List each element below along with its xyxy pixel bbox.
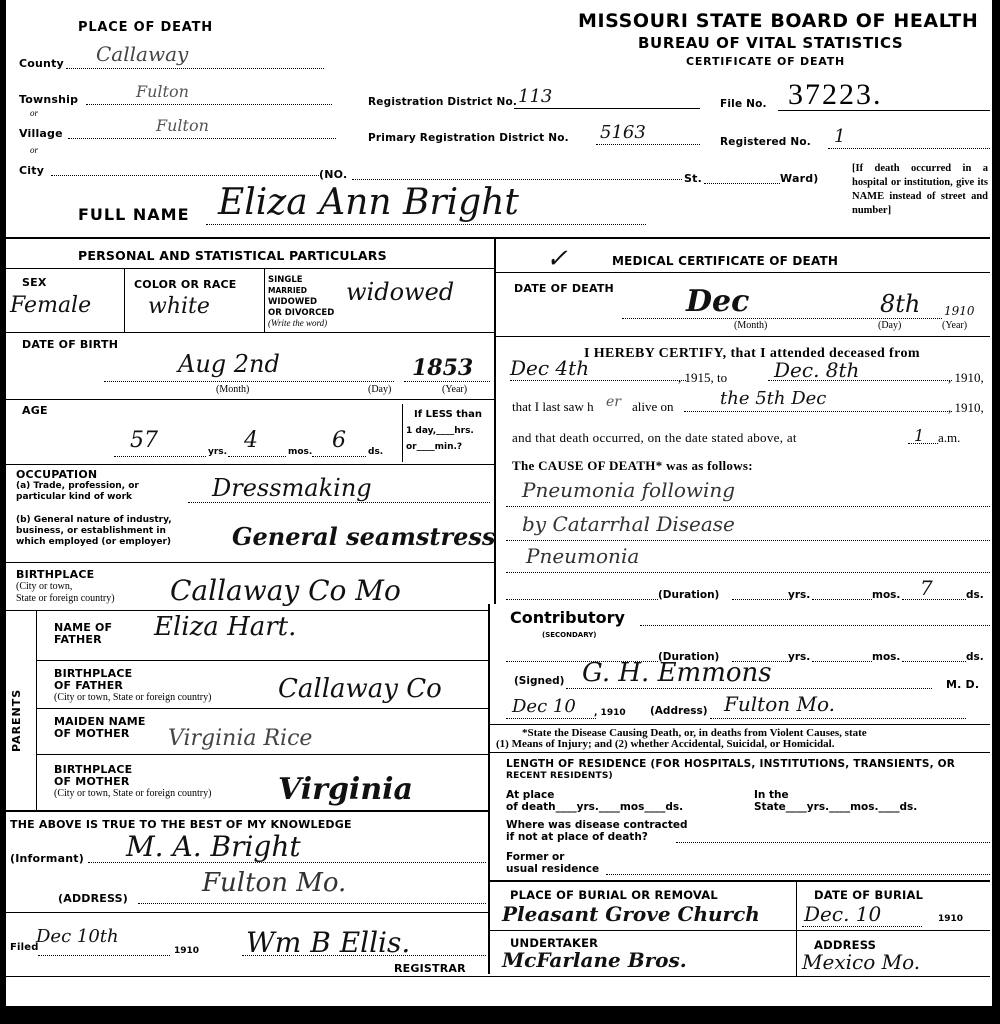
age-years-value: 57 — [130, 428, 158, 453]
physician-address-value: Fulton Mo. — [724, 692, 835, 716]
full-name-value: Eliza Ann Bright — [218, 182, 519, 223]
occupation-industry-value: General seamstress — [232, 522, 495, 551]
cause-line-2: by Catarrhal Disease — [522, 512, 735, 536]
birthplace-value: Callaway Co Mo — [170, 574, 401, 607]
medical-heading: MEDICAL CERTIFICATE OF DEATH — [612, 254, 838, 268]
race-value: white — [148, 294, 210, 319]
filed-date-value: Dec 10th — [36, 926, 119, 947]
dob-year-value: 1853 — [412, 355, 473, 381]
dob-month-value: Aug 2nd — [178, 350, 280, 378]
mother-birthplace-value: Virginia — [278, 772, 413, 807]
attended-to-value: Dec. 8th — [774, 358, 859, 382]
cause-line-1: Pneumonia following — [522, 478, 735, 502]
registered-number: 1 — [834, 126, 845, 147]
burial-date-value: Dec. 10 — [804, 902, 881, 926]
marital-status-value: widowed — [346, 278, 454, 306]
registrar-signature: Wm B Ellis. — [246, 926, 410, 959]
physician-signature: G. H. Emmons — [582, 658, 772, 688]
check-mark: ✓ — [546, 244, 568, 274]
county-value: Callaway — [96, 42, 188, 66]
registration-district-value: 113 — [518, 86, 552, 107]
dod-day-value: 8th — [880, 290, 920, 318]
informant-value: M. A. Bright — [126, 830, 301, 863]
undertaker-value: McFarlane Bros. — [502, 948, 687, 972]
full-name-label: FULL NAME — [78, 205, 190, 224]
dod-year-value: 1910 — [944, 304, 975, 318]
dod-month-value: Dec — [686, 284, 749, 319]
place-of-death-heading: PLACE OF DEATH — [78, 20, 213, 35]
death-certificate: PLACE OF DEATH County Callaway Township … — [4, 0, 992, 1006]
age-months-value: 4 — [244, 428, 258, 453]
signed-date-value: Dec 10 — [512, 696, 576, 717]
personal-heading: PERSONAL AND STATISTICAL PARTICULARS — [78, 248, 387, 263]
death-time-value: 1 — [914, 426, 924, 445]
age-days-value: 6 — [332, 428, 346, 453]
father-name-value: Eliza Hart. — [154, 612, 296, 642]
hospital-note: [If death occurred in a hospital or inst… — [852, 162, 988, 218]
board-title: MISSOURI STATE BOARD OF HEALTH — [578, 10, 978, 32]
county-label: County — [19, 57, 64, 70]
father-birthplace-value: Callaway Co — [278, 674, 442, 704]
township-value: Fulton — [136, 82, 189, 101]
cause-duration-days: 7 — [920, 576, 933, 600]
primary-district-value: 5163 — [600, 122, 646, 143]
filed-year: 1910 — [174, 946, 199, 956]
village-value: Fulton — [156, 116, 209, 135]
sex-value: Female — [10, 293, 91, 318]
undertaker-address-value: Mexico Mo. — [802, 950, 920, 974]
burial-place-value: Pleasant Grove Church — [502, 902, 760, 926]
township-label: Township — [19, 93, 78, 106]
village-label: Village — [19, 127, 63, 140]
file-number: 37223. — [788, 78, 883, 112]
last-saw-alive-value: the 5th Dec — [720, 388, 826, 409]
informant-address-value: Fulton Mo. — [202, 868, 346, 898]
contributory-label: Contributory — [510, 608, 625, 627]
certificate-title: CERTIFICATE OF DEATH — [686, 55, 845, 68]
occupation-trade-value: Dressmaking — [212, 474, 372, 502]
bureau-title: BUREAU OF VITAL STATISTICS — [638, 34, 903, 52]
mother-name-value: Virginia Rice — [168, 726, 312, 751]
parents-label: PARENTS — [10, 680, 24, 760]
attended-from-value: Dec 4th — [510, 356, 589, 380]
city-label: City — [19, 164, 44, 177]
cause-line-3: Pneumonia — [526, 544, 639, 568]
